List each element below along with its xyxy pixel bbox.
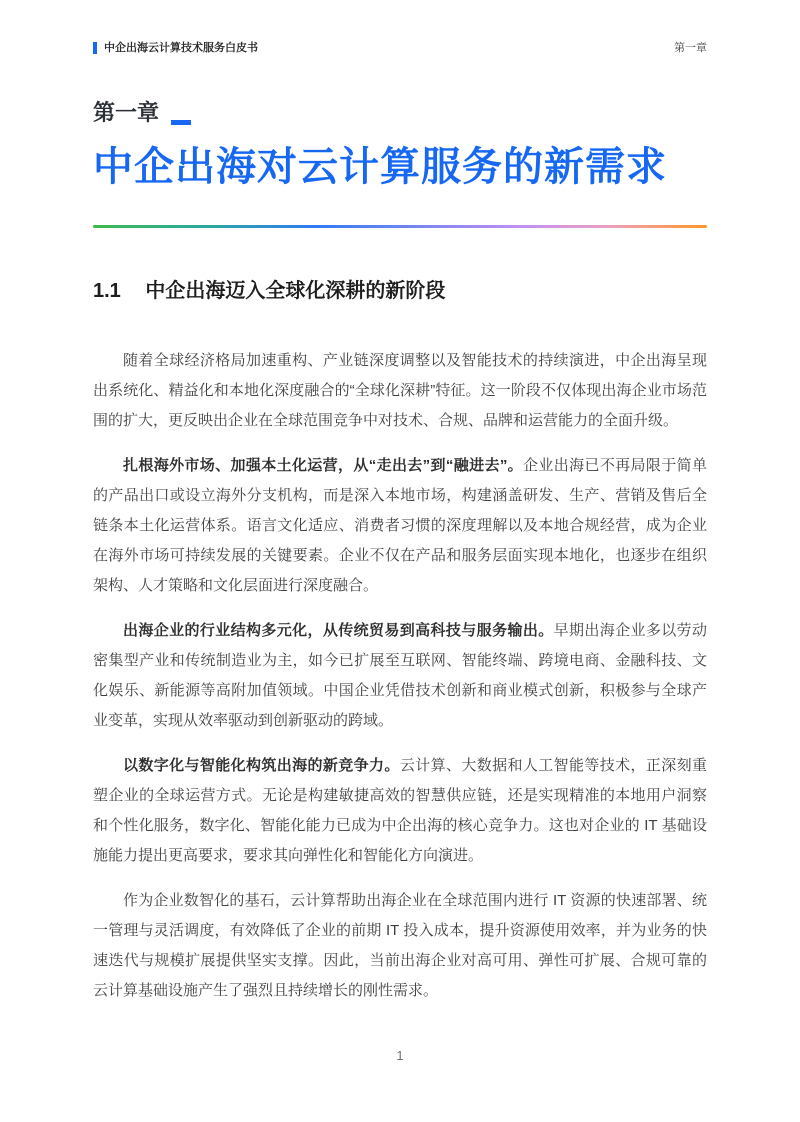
paragraph-text: 随着全球经济格局加速重构、产业链深度调整以及智能技术的持续演进，中企出海呈现出系… [93,352,707,429]
paragraph: 作为企业数智化的基石，云计算帮助出海企业在全球范围内进行 IT 资源的快速部署、… [93,886,707,1006]
running-header-left: 中企出海云计算技术服务白皮书 [93,41,258,55]
paragraph-lead: 出海企业的行业结构多元化，从传统贸易到高科技与服务输出。 [123,622,554,639]
page-number: 1 [0,1048,800,1063]
body-copy: 随着全球经济格局加速重构、产业链深度调整以及智能技术的持续演进，中企出海呈现出系… [93,346,707,1006]
header-accent-bar-icon [93,42,97,54]
paragraph: 出海企业的行业结构多元化，从传统贸易到高科技与服务输出。早期出海企业多以劳动密集… [93,616,707,736]
chapter-label-row: 第一章 [93,96,707,127]
document-page: 中企出海云计算技术服务白皮书 第一章 第一章 中企出海对云计算服务的新需求 1.… [0,0,800,1122]
chapter-dash-icon [171,120,191,125]
paragraph: 扎根海外市场、加强本土化运营，从“走出去”到“融进去”。企业出海已不再局限于简单… [93,451,707,601]
paragraph-lead: 扎根海外市场、加强本土化运营，从“走出去”到“融进去”。 [123,457,523,474]
paragraph: 以数字化与智能化构筑出海的新竞争力。云计算、大数据和人工智能等技术，正深刻重塑企… [93,751,707,871]
paragraph-text: 企业出海已不再局限于简单的产品出口或设立海外分支机构，而是深入本地市场，构建涵盖… [93,457,707,594]
gradient-divider [93,225,707,228]
page-title: 中企出海对云计算服务的新需求 [93,144,707,190]
section-number: 1.1 [93,280,121,302]
section-heading: 1.1 中企出海迈入全球化深耕的新阶段 [93,279,707,303]
paragraph: 随着全球经济格局加速重构、产业链深度调整以及智能技术的持续演进，中企出海呈现出系… [93,346,707,436]
paragraph-text: 作为企业数智化的基石，云计算帮助出海企业在全球范围内进行 IT 资源的快速部署、… [93,892,707,999]
doc-title: 中企出海云计算技术服务白皮书 [104,41,258,55]
chapter-label: 第一章 [93,96,159,127]
running-header-chapter: 第一章 [674,41,707,55]
running-header: 中企出海云计算技术服务白皮书 第一章 [93,41,707,55]
paragraph-lead: 以数字化与智能化构筑出海的新竞争力。 [123,757,400,774]
section-title: 中企出海迈入全球化深耕的新阶段 [145,280,445,302]
